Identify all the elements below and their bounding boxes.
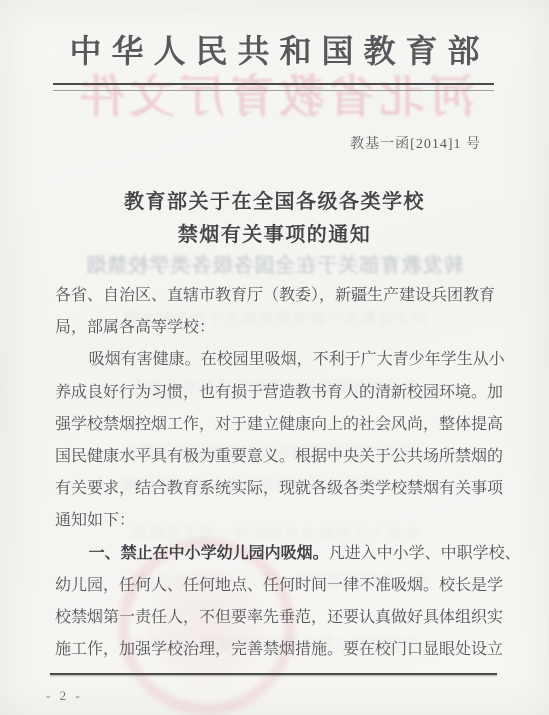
doc-title-line-1: 教育部关于在全国各级各类学校	[0, 186, 549, 219]
doc-title: 教育部关于在全国各级各类学校 禁烟有关事项的通知	[0, 186, 549, 252]
header-double-rule	[53, 83, 494, 91]
paragraph-line: 校禁烟第一责任人，不但要率先垂范，还要认真做好具体组织实	[55, 602, 495, 634]
salutation: 各省、自治区、直辖市教育厅（教委），新疆生产建设兵团教育局，部属各高等学校：	[55, 280, 495, 344]
salutation-line: 局，部属各高等学校：	[55, 312, 495, 344]
clause-1-heading: 一、禁止在中小学幼儿园内吸烟。	[89, 545, 329, 562]
clause-1-text-start: 凡进入中小学、中职学校、	[329, 545, 521, 562]
document-page: 河北省教育厅文件 转发教育部关于在全国各级各类学校禁烟 河北省教育厅转发教育部关…	[0, 0, 549, 715]
paragraph-line: 强学校禁烟控烟工作，对于建立健康向上的社会风尚，整体提高	[55, 409, 495, 441]
paragraph-2-first-line: 一、禁止在中小学幼儿园内吸烟。凡进入中小学、中职学校、	[55, 538, 495, 570]
paragraph-line: 国民健康水平具有极为重要意义。根据中央关于公共场所禁烟的	[55, 441, 495, 473]
watermark-gray-bleed: 转发教育部关于在全国各级各类学校禁烟	[0, 249, 549, 278]
paragraph-line: 有关要求，结合教育系统实际，现就各级各类学校禁烟有关事项	[55, 473, 495, 505]
doc-title-line-2: 禁烟有关事项的通知	[0, 219, 549, 252]
paragraph-line: 吸烟有害健康。在校园里吸烟，不利于广大青少年学生从小	[55, 344, 495, 376]
paragraph-2-rest: 幼儿园，任何人、任何地点、任何时间一律不准吸烟。校长是学校禁烟第一责任人，不但要…	[55, 570, 495, 667]
salutation-line: 各省、自治区、直辖市教育厅（教委），新疆生产建设兵团教育	[55, 280, 495, 312]
paragraph-line: 施工作，加强学校治理，完善禁烟措施。要在校门口显眼处设立	[55, 634, 495, 666]
document-body: 各省、自治区、直辖市教育厅（教委），新疆生产建设兵团教育局，部属各高等学校： 吸…	[55, 280, 495, 666]
agency-name: 中华人民共和国教育部	[0, 26, 549, 72]
paragraph-line: 幼儿园，任何人、任何地点、任何时间一律不准吸烟。校长是学	[55, 570, 495, 602]
footer-rule	[50, 673, 497, 675]
paragraph-2: 一、禁止在中小学幼儿园内吸烟。凡进入中小学、中职学校、 幼儿园，任何人、任何地点…	[55, 538, 495, 667]
paragraph-1: 吸烟有害健康。在校园里吸烟，不利于广大青少年学生从小养成良好行为习惯，也有损于营…	[55, 344, 495, 537]
page-number: - 2 -	[46, 688, 83, 704]
doc-number: 教基一函[2014]1 号	[350, 133, 481, 153]
paragraph-line: 通知如下：	[55, 505, 495, 537]
paragraph-line: 养成良好行为习惯，也有损于营造教书育人的清新校园环境。加	[55, 377, 495, 409]
